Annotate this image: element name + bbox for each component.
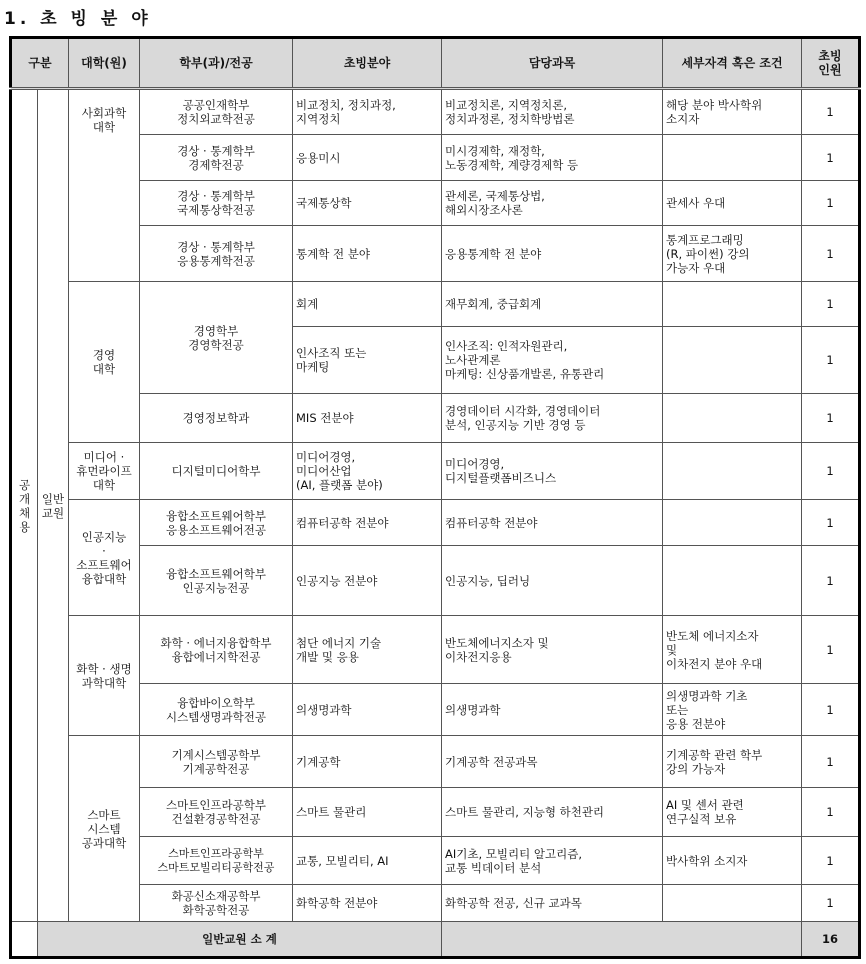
condition-cell: 관세사 우대	[663, 181, 802, 226]
college-cell: 미디어 · 휴먼라이프 대학	[69, 443, 140, 500]
count-cell: 1	[802, 443, 860, 500]
condition-cell	[663, 546, 802, 616]
dept-cell: 화공신소재공학부 화학공학전공	[140, 885, 293, 922]
dept-cell: 디지털미디어학부	[140, 443, 293, 500]
header-count: 초빙 인원	[802, 38, 860, 89]
dept-cell: 스마트인프라공학부 건설환경공학전공	[140, 788, 293, 837]
courses-cell: 미시경제학, 재정학, 노동경제학, 계량경제학 등	[442, 135, 663, 181]
field-cell: 스마트 물관리	[293, 788, 442, 837]
count-cell: 1	[802, 616, 860, 684]
courses-cell: 인공지능, 딥러닝	[442, 546, 663, 616]
condition-cell	[663, 135, 802, 181]
header-field: 초빙분야	[293, 38, 442, 89]
dept-cell: 경상 · 통계학부 국제통상학전공	[140, 181, 293, 226]
count-cell: 1	[802, 394, 860, 443]
count-cell: 1	[802, 181, 860, 226]
courses-cell: 응용통계학 전 분야	[442, 226, 663, 282]
count-cell: 1	[802, 89, 860, 135]
college-cell: 인공지능 · 소프트웨어 융합대학	[69, 500, 140, 616]
courses-cell: 컴퓨터공학 전분야	[442, 500, 663, 546]
condition-cell	[663, 885, 802, 922]
dept-cell: 경영정보학과	[140, 394, 293, 443]
field-cell: 화학공학 전분야	[293, 885, 442, 922]
condition-cell	[663, 327, 802, 394]
condition-cell	[663, 500, 802, 546]
field-cell: 국제통상학	[293, 181, 442, 226]
condition-cell: 반도체 에너지소자 및 이차전지 분야 우대	[663, 616, 802, 684]
courses-cell: 화학공학 전공, 신규 교과목	[442, 885, 663, 922]
header-department: 학부(과)/전공	[140, 38, 293, 89]
subtotal-count: 16	[802, 922, 860, 958]
dept-cell: 경상 · 통계학부 경제학전공	[140, 135, 293, 181]
field-cell: 교통, 모빌리티, AI	[293, 837, 442, 885]
field-cell: 응용미시	[293, 135, 442, 181]
header-condition: 세부자격 혹은 조건	[663, 38, 802, 89]
field-cell: 회계	[293, 282, 442, 327]
subtotal-label: 일반교원 소 계	[38, 922, 442, 958]
table-row: 공 개 채 용 일반 교원 사회과학 대학 공공인재학부 정치외교학전공 비교정…	[11, 89, 860, 135]
courses-cell: 비교정치론, 지역정치론, 정치과정론, 정치학방법론	[442, 89, 663, 135]
table-row: 인공지능 · 소프트웨어 융합대학 융합소프트웨어학부 응용소프트웨어전공 컴퓨…	[11, 500, 860, 546]
field-cell: MIS 전분야	[293, 394, 442, 443]
condition-cell: 의생명과학 기초 또는 응용 전분야	[663, 684, 802, 736]
dept-cell: 기계시스템공학부 기계공학전공	[140, 736, 293, 788]
count-cell: 1	[802, 837, 860, 885]
subtotal-blank	[11, 922, 38, 958]
count-cell: 1	[802, 327, 860, 394]
header-category: 구분	[11, 38, 69, 89]
count-cell: 1	[802, 788, 860, 837]
count-cell: 1	[802, 684, 860, 736]
field-cell: 컴퓨터공학 전분야	[293, 500, 442, 546]
field-cell: 첨단 에너지 기술 개발 및 응용	[293, 616, 442, 684]
dept-cell: 화학 · 에너지융합학부 융합에너지학전공	[140, 616, 293, 684]
college-cell: 화학 · 생명 과학대학	[69, 616, 140, 736]
dept-cell: 융합바이오학부 시스템생명과학전공	[140, 684, 293, 736]
field-cell: 비교정치, 정치과정, 지역정치	[293, 89, 442, 135]
field-cell: 기계공학	[293, 736, 442, 788]
college-cell: 스마트 시스템 공과대학	[69, 736, 140, 922]
dept-cell: 경상 · 통계학부 응용통계학전공	[140, 226, 293, 282]
dept-cell: 융합소프트웨어학부 인공지능전공	[140, 546, 293, 616]
courses-cell: 관세론, 국제통상법, 해외시장조사론	[442, 181, 663, 226]
count-cell: 1	[802, 546, 860, 616]
college-cell: 경영 대학	[69, 282, 140, 443]
courses-cell: 미디어경영, 디지털플랫폼비즈니스	[442, 443, 663, 500]
condition-cell: 해당 분야 박사학위 소지자	[663, 89, 802, 135]
table-row: 경영 대학 경영학부 경영학전공 회계 재무회계, 중급회계 1	[11, 282, 860, 327]
count-cell: 1	[802, 500, 860, 546]
subtotal-spacer	[442, 922, 802, 958]
count-cell: 1	[802, 226, 860, 282]
condition-cell: 통계프로그래밍 (R, 파이썬) 강의 가능자 우대	[663, 226, 802, 282]
courses-cell: 스마트 물관리, 지능형 하천관리	[442, 788, 663, 837]
condition-cell: 박사학위 소지자	[663, 837, 802, 885]
table-row: 화학 · 생명 과학대학 화학 · 에너지융합학부 융합에너지학전공 첨단 에너…	[11, 616, 860, 684]
condition-cell: 기계공학 관련 학부 강의 가능자	[663, 736, 802, 788]
subtotal-row: 일반교원 소 계 16	[11, 922, 860, 958]
dept-cell: 공공인재학부 정치외교학전공	[140, 89, 293, 135]
dept-cell: 융합소프트웨어학부 응용소프트웨어전공	[140, 500, 293, 546]
category-public-recruitment: 공 개 채 용	[11, 89, 38, 922]
count-cell: 1	[802, 885, 860, 922]
courses-cell: 경영데이터 시각화, 경영데이터 분석, 인공지능 기반 경영 등	[442, 394, 663, 443]
count-cell: 1	[802, 736, 860, 788]
field-cell: 통계학 전 분야	[293, 226, 442, 282]
count-cell: 1	[802, 135, 860, 181]
header-row: 구분 대학(원) 학부(과)/전공 초빙분야 담당과목 세부자격 혹은 조건 초…	[11, 38, 860, 89]
field-cell: 인사조직 또는 마케팅	[293, 327, 442, 394]
condition-cell: AI 및 센서 관련 연구실적 보유	[663, 788, 802, 837]
header-college: 대학(원)	[69, 38, 140, 89]
category-general-faculty: 일반 교원	[38, 89, 69, 922]
table-row: 미디어 · 휴먼라이프 대학 디지털미디어학부 미디어경영, 미디어산업 (AI…	[11, 443, 860, 500]
field-cell: 의생명과학	[293, 684, 442, 736]
condition-cell	[663, 282, 802, 327]
courses-cell: AI기초, 모빌리티 알고리즘, 교통 빅데이터 분석	[442, 837, 663, 885]
field-cell: 인공지능 전분야	[293, 546, 442, 616]
condition-cell	[663, 394, 802, 443]
courses-cell: 반도체에너지소자 및 이차전지응용	[442, 616, 663, 684]
header-courses: 담당과목	[442, 38, 663, 89]
dept-cell: 경영학부 경영학전공	[140, 282, 293, 394]
recruitment-table: 구분 대학(원) 학부(과)/전공 초빙분야 담당과목 세부자격 혹은 조건 초…	[9, 36, 861, 959]
courses-cell: 기계공학 전공과목	[442, 736, 663, 788]
courses-cell: 의생명과학	[442, 684, 663, 736]
courses-cell: 인사조직: 인적자원관리, 노사관계론 마케팅: 신상품개발론, 유통관리	[442, 327, 663, 394]
field-cell: 미디어경영, 미디어산업 (AI, 플랫폼 분야)	[293, 443, 442, 500]
table-row: 스마트 시스템 공과대학 기계시스템공학부 기계공학전공 기계공학 기계공학 전…	[11, 736, 860, 788]
courses-cell: 재무회계, 중급회계	[442, 282, 663, 327]
count-cell: 1	[802, 282, 860, 327]
dept-cell: 스마트인프라공학부 스마트모빌리티공학전공	[140, 837, 293, 885]
college-cell: 사회과학 대학	[69, 89, 140, 282]
condition-cell	[663, 443, 802, 500]
section-title: 1. 초 빙 분 야	[4, 4, 152, 29]
